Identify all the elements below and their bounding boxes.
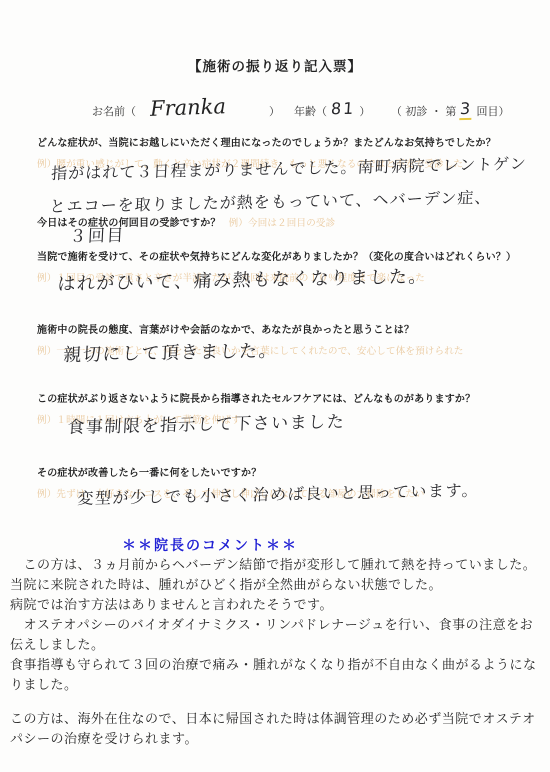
comment-paragraph: この方は、３ヵ月前からヘバーデン結節で指が変形して腫れて熱を持っていました。 (10, 556, 542, 576)
comment-paragraph: この方は、海外在住なので、日本に帰国された時は体調管理のため必ず当院でオステオパ… (10, 710, 542, 750)
scanned-feedback-form: 【施術の振り返り記入票】 お名前（Franka）年齢（81）（ 初診 ・ 第3回… (0, 0, 550, 772)
question-text: 施術中の院長の態度、言葉がけや会話のなかで、あなたが良かったと思うことは？ (37, 321, 532, 336)
example-text: 例）今回は２回目の受診 (229, 218, 336, 229)
handwritten-age: 81 (330, 99, 356, 118)
director-comment-title: ＊＊院長のコメント＊＊ (122, 535, 298, 555)
comment-paragraph: 当院に来院された時は、腫れがひどく指が全然曲がらない状態でした。 (10, 576, 542, 596)
age-paren-close: ） (359, 105, 370, 118)
question-text: どんな症状が、当院にお越しにいただく理由になったのでしょうか？またどんなお気持ち… (37, 134, 532, 149)
form-title: 【施術の振り返り記入票】 (0, 55, 550, 75)
name-label: お名前（ (92, 105, 136, 118)
handwritten-visit-number: 3 (460, 99, 474, 120)
question-text: 今日はその症状の何回目の受診ですか？ (37, 218, 221, 229)
question-text: この症状がぶり返さないように院長から指導されたセルフケアには、どんなものがありま… (37, 390, 532, 405)
comment-paragraph: 食事指導も守られて３回の治療で痛み・腫れがなくなり指が不自由なく曲がるようになり… (10, 656, 542, 696)
comment-paragraph: 病院では治す方法はありませんと言われたそうです。 (10, 596, 542, 616)
comment-paragraph: オステオパシーのバイオダイナミクス・リンパドレナージュを行い、食事の注意をお伝え… (10, 616, 542, 656)
visit-prefix: （ 初診 ・ 第 (396, 105, 456, 118)
age-label: 年齢（ (294, 105, 327, 118)
director-comment-body: この方は、３ヵ月前からヘバーデン結節で指が変形して腫れて熱を持っていました。 当… (10, 556, 542, 750)
visit-suffix: 回目） (477, 105, 510, 118)
handwritten-answer-2: ３回目 (69, 223, 126, 251)
header-row: お名前（Franka）年齢（81）（ 初診 ・ 第3回目） (92, 95, 510, 120)
handwritten-answer-5: 食事制限を指示して下さいました (67, 409, 346, 441)
handwritten-answer-4: 親切にして頂きました。 (63, 338, 279, 370)
name-paren-close: ） (269, 105, 280, 118)
question-text: その症状が改善したら一番に何をしたいですか？ (37, 464, 532, 479)
question-text: 当院で施術を受けて、その症状や気持ちにどんな変化がありましたか？（変化の度合いは… (37, 248, 532, 263)
handwritten-name: Franka (150, 93, 256, 121)
